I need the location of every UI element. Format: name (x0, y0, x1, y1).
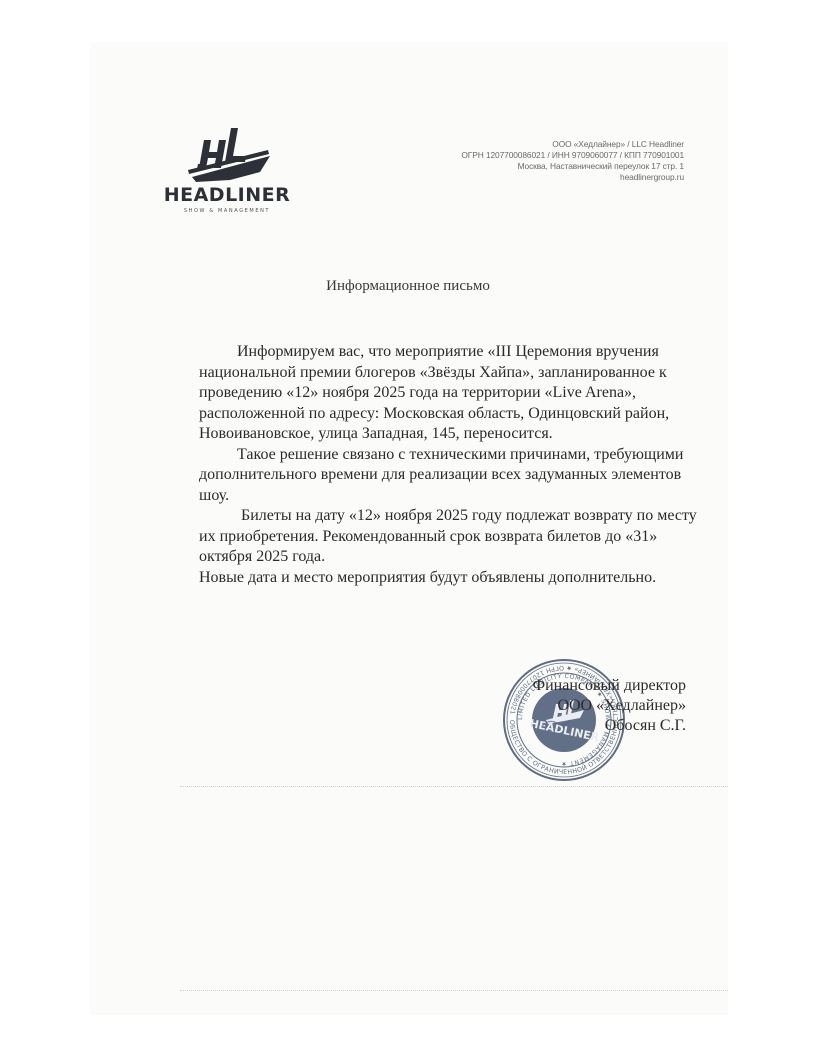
paragraph-refund: Билеты на дату «12» ноября 2025 году под… (199, 506, 699, 568)
fold-line (180, 990, 728, 991)
paragraph-new-date: Новые дата и место мероприятия будут объ… (199, 568, 699, 589)
company-name-line: ООО «Хедлайнер» / LLC Headliner (461, 139, 684, 150)
company-logo: HEADLINER SHOW & MANAGEMENT (162, 122, 292, 220)
logo-tagline: SHOW & MANAGEMENT (162, 208, 292, 214)
signer-name: Обосян С.Г. (532, 716, 686, 736)
paragraph-announcement: Информируем вас, что мероприятие «III Це… (199, 342, 699, 445)
company-website-line: headlinergroup.ru (461, 172, 684, 183)
paragraph-reason: Такое решение связано с техническими при… (199, 445, 699, 507)
signer-position: Финансовый директор (532, 676, 686, 696)
signature-block: Финансовый директор ООО «Хедлайнер» Обос… (532, 676, 686, 736)
fold-line (180, 786, 728, 787)
company-address-line: Москва, Наставнический переулок 17 стр. … (461, 161, 684, 172)
logo-wordmark: HEADLINER (162, 184, 292, 206)
headliner-ship-logo-icon (162, 122, 292, 186)
company-requisites: ООО «Хедлайнер» / LLC Headliner ОГРН 120… (461, 139, 684, 183)
document-title: Информационное письмо (0, 278, 816, 295)
letter-body: Информируем вас, что мероприятие «III Це… (199, 342, 699, 588)
signer-company: ООО «Хедлайнер» (532, 696, 686, 716)
company-registration-line: ОГРН 1207700086021 / ИНН 9709060077 / КП… (461, 150, 684, 161)
